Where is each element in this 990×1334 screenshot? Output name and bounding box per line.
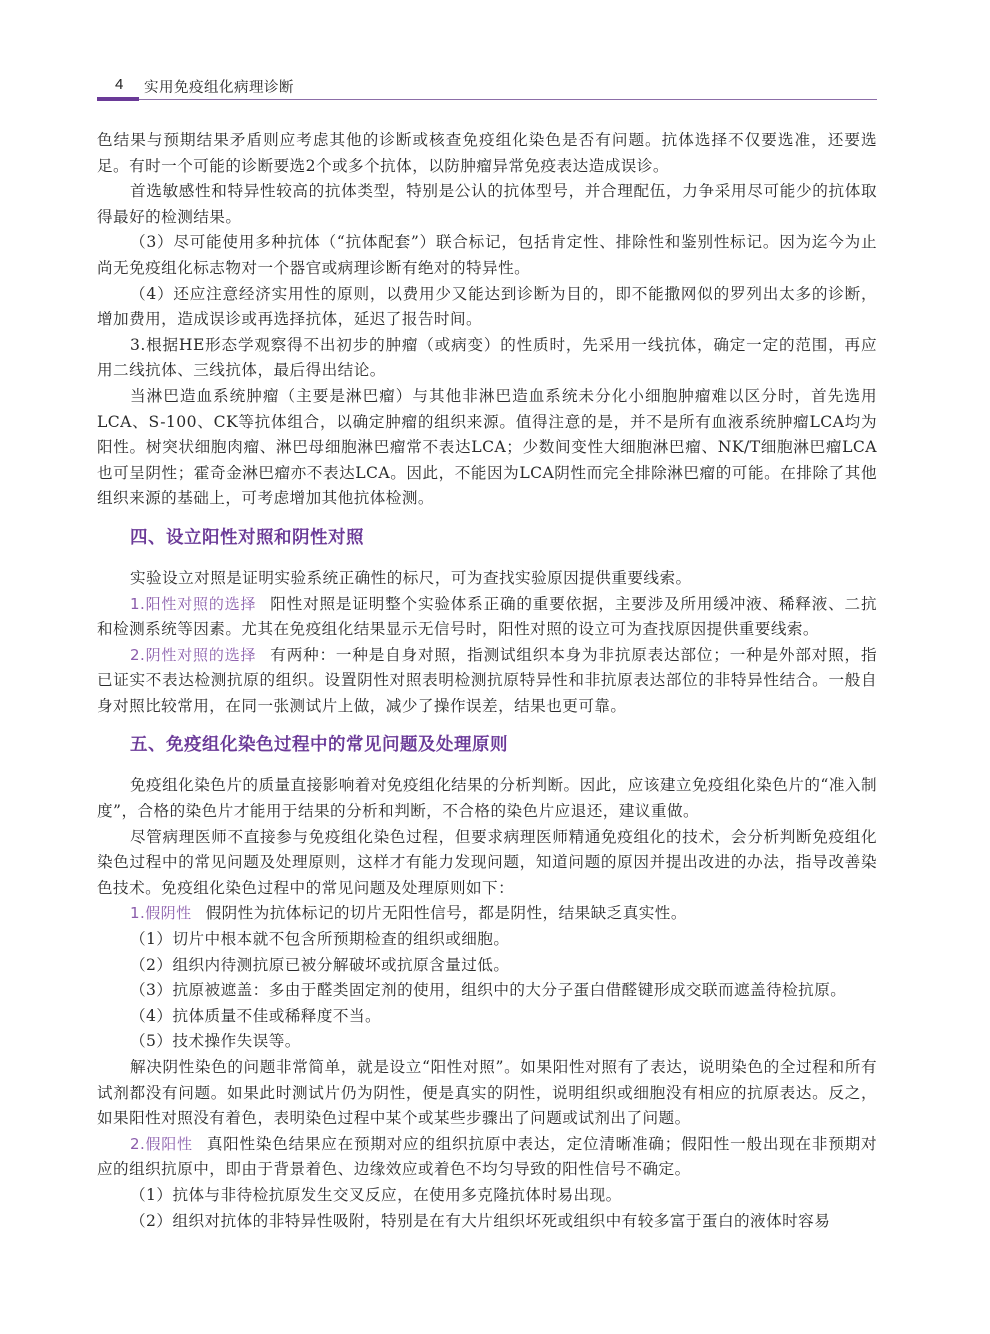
paragraph: 2.阴性对照的选择有两种：一种是自身对照，指测试组织本身为非抗原表达部位；一种是…	[97, 643, 877, 720]
list-item: （1）抗体与非待检抗原发生交叉反应，在使用多克隆抗体时易出现。	[97, 1183, 877, 1209]
paragraph: 解决阴性染色的问题非常简单，就是设立“阳性对照”。如果阳性对照有了表达，说明染色…	[97, 1055, 877, 1132]
list-item: （5）技术操作失误等。	[97, 1029, 877, 1055]
paragraph-text: 真阳性染色结果应在预期对应的组织抗原中表达，定位清晰准确；假阳性一般出现在非预期…	[97, 1135, 877, 1179]
paragraph: 色结果与预期结果矛盾则应考虑其他的诊断或核查免疫组化染色是否有问题。抗体选择不仅…	[97, 128, 877, 179]
list-item: （3）抗原被遮盖：多由于醛类固定剂的使用，组织中的大分子蛋白借醛键形成交联而遮盖…	[97, 978, 877, 1004]
subheading-label: 2.阴性对照的选择	[130, 646, 256, 664]
list-item: （1）切片中根本就不包含所预期检查的组织或细胞。	[97, 927, 877, 953]
section-heading: 四、设立阳性对照和阴性对照	[97, 524, 877, 552]
list-item: （2）组织对抗体的非特异性吸附，特别是在有大片组织坏死或组织中有较多富于蛋白的液…	[97, 1209, 877, 1235]
list-item: （2）组织内待测抗原已被分解破坏或抗原含量过低。	[97, 953, 877, 979]
book-title: 实用免疫组化病理诊断	[144, 76, 294, 97]
paragraph: 1.阳性对照的选择阳性对照是证明整个实验体系正确的重要依据，主要涉及所用缓冲液、…	[97, 592, 877, 643]
subheading-label: 1.阳性对照的选择	[130, 595, 256, 613]
section-heading: 五、免疫组化染色过程中的常见问题及处理原则	[97, 731, 877, 759]
paragraph: 当淋巴造血系统肿瘤（主要是淋巴瘤）与其他非淋巴造血系统未分化小细胞肿瘤难以区分时…	[97, 384, 877, 512]
paragraph: （3）尽可能使用多种抗体（“抗体配套”）联合标记，包括肯定性、排除性和鉴别性标记…	[97, 230, 877, 281]
header-rule	[97, 99, 877, 100]
paragraph: 首选敏感性和特异性较高的抗体类型，特别是公认的抗体型号，并合理配伍，力争采用尽可…	[97, 179, 877, 230]
page-number: 4	[115, 76, 123, 93]
paragraph: 3.根据HE形态学观察得不出初步的肿瘤（或病变）的性质时，先采用一线抗体，确定一…	[97, 333, 877, 384]
paragraph: 2.假阳性真阳性染色结果应在预期对应的组织抗原中表达，定位清晰准确；假阳性一般出…	[97, 1132, 877, 1183]
header-rule-accent	[97, 97, 139, 101]
paragraph: （4）还应注意经济实用性的原则，以费用少又能达到诊断为目的，即不能撒网似的罗列出…	[97, 282, 877, 333]
subheading-label: 2.假阳性	[130, 1135, 193, 1153]
paragraph: 实验设立对照是证明实验系统正确性的标尺，可为查找实验原因提供重要线索。	[97, 566, 877, 592]
paragraph: 尽管病理医师不直接参与免疫组化染色过程，但要求病理医师精通免疫组化的技术，会分析…	[97, 825, 877, 902]
page-body: 色结果与预期结果矛盾则应考虑其他的诊断或核查免疫组化染色是否有问题。抗体选择不仅…	[97, 128, 877, 1234]
subheading-label: 1.假阴性	[130, 904, 192, 922]
list-item: （4）抗体质量不佳或稀释度不当。	[97, 1004, 877, 1030]
paragraph-text: 假阴性为抗体标记的切片无阳性信号，都是阴性，结果缺乏真实性。	[206, 904, 687, 922]
paragraph: 免疫组化染色片的质量直接影响着对免疫组化结果的分析判断。因此，应该建立免疫组化染…	[97, 773, 877, 824]
paragraph: 1.假阴性假阴性为抗体标记的切片无阳性信号，都是阴性，结果缺乏真实性。	[97, 901, 877, 927]
